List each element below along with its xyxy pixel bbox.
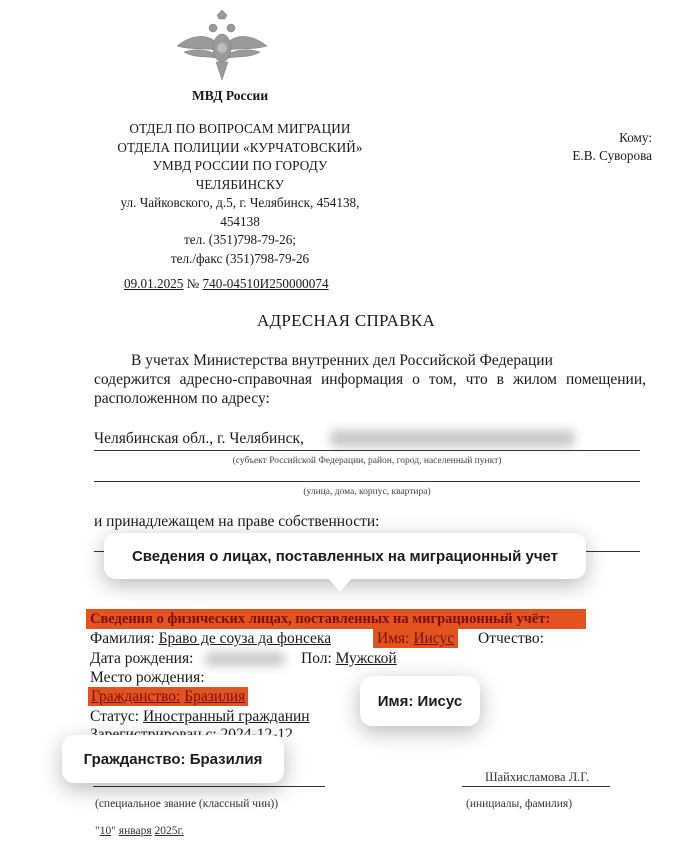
address-value: Челябинская обл., г. Челябинск, <box>94 430 304 448</box>
rank-underline <box>93 786 325 787</box>
recipient-block: Кому: Е.В. Суворова <box>545 129 652 165</box>
recipient-label: Кому: <box>545 129 652 147</box>
rank-caption: (специальное звание (классный чин)) <box>95 798 278 810</box>
status-value: Иностранный гражданин <box>143 708 310 725</box>
agency-name: МВД России <box>192 88 268 104</box>
document-title: АДРЕСНАЯ СПРАВКА <box>0 311 692 331</box>
status-label: Статус: <box>90 708 139 725</box>
callout-citizenship: Гражданство: Бразилия <box>62 735 284 783</box>
department-line: ЧЕЛЯБИНСКУ <box>90 176 390 195</box>
department-line: ОТДЕЛА ПОЛИЦИИ «КУРЧАТОВСКИЙ» <box>90 139 390 158</box>
surname-value: Браво де соуза да фонсека <box>159 630 332 647</box>
signatory-name: Шайхисламова Л.Г. <box>485 770 589 785</box>
callout-name-tail <box>404 663 428 677</box>
department-block: ОТДЕЛ ПО ВОПРОСАМ МИГРАЦИИ ОТДЕЛА ПОЛИЦИ… <box>90 120 390 268</box>
signature-date: "10" января 2025г. <box>95 825 184 837</box>
patronymic-label: Отчество: <box>478 629 544 648</box>
name-underline <box>462 786 610 787</box>
section-heading-highlighted: Сведения о физических лицах, поставленны… <box>86 609 586 629</box>
redacted-dob <box>205 652 285 666</box>
callout-name-text: Имя: Иисус <box>378 693 462 710</box>
intro-rest: содержится адресно-справочная информация… <box>94 371 646 407</box>
citizenship-label: Гражданство: <box>91 688 180 705</box>
street-underline <box>94 481 640 482</box>
callout-citizenship-text: Гражданство: Бразилия <box>84 751 263 768</box>
callout-section-text: Сведения о лицах, поставленных на миграц… <box>132 548 558 565</box>
dob-label: Дата рождения: <box>90 649 193 668</box>
sex-label: Пол: <box>301 650 332 667</box>
status-row: Статус: Иностранный гражданин <box>90 707 310 726</box>
department-fax: тел./факс (351)798-79-26 <box>90 250 390 269</box>
surname-row: Фамилия: Браво де соуза да фонсека <box>90 629 331 648</box>
birthplace-label: Место рождения: <box>90 668 205 687</box>
recipient-name: Е.В. Суворова <box>545 147 652 165</box>
department-line: ОТДЕЛ ПО ВОПРОСАМ МИГРАЦИИ <box>90 120 390 139</box>
callout-name: Имя: Иисус <box>360 676 480 726</box>
callout-section-tail <box>328 578 352 592</box>
name-label: Имя: <box>377 630 409 647</box>
department-line: УМВД РОССИИ ПО ГОРОДУ <box>90 157 390 176</box>
citizenship-highlighted: Гражданство: Бразилия <box>88 687 248 706</box>
redacted-address <box>330 430 575 447</box>
ownership-label: и принадлежащем на праве собственности: <box>94 513 380 531</box>
intro-line-1: В учетах Министерства внутренних дел Рос… <box>94 351 646 370</box>
date-year: 2025г. <box>155 825 184 837</box>
citizenship-value: Бразилия <box>184 688 245 705</box>
sex-value: Мужской <box>336 650 397 667</box>
intro-paragraph: В учетах Министерства внутренних дел Рос… <box>94 351 646 408</box>
reg-number-sign: № <box>187 276 200 291</box>
reg-number: 740-04510И250000074 <box>203 276 329 291</box>
registration-line: 09.01.2025 № 740-04510И250000074 <box>124 276 329 292</box>
surname-label: Фамилия: <box>90 630 155 647</box>
name-field-highlighted: Имя: Иисус <box>373 629 458 648</box>
address-underline <box>94 450 640 451</box>
sex-row: Пол: Мужской <box>301 649 397 668</box>
department-address: ул. Чайковского, д.5, г. Челябинск, 4541… <box>90 194 390 213</box>
department-postcode: 454138 <box>90 213 390 232</box>
address-caption-1: (субъект Российской Федерации, район, го… <box>94 456 640 466</box>
name-caption: (инициалы, фамилия) <box>466 798 572 810</box>
mvd-emblem-icon <box>172 8 272 86</box>
date-day: 10 <box>100 825 112 837</box>
date-month: января <box>119 825 152 837</box>
name-value: Иисус <box>413 630 454 647</box>
address-caption-2: (улица, дома, корпус, квартира) <box>94 487 640 497</box>
callout-section: Сведения о лицах, поставленных на миграц… <box>104 533 586 579</box>
department-phone: тел. (351)798-79-26; <box>90 231 390 250</box>
reg-date: 09.01.2025 <box>124 276 183 291</box>
